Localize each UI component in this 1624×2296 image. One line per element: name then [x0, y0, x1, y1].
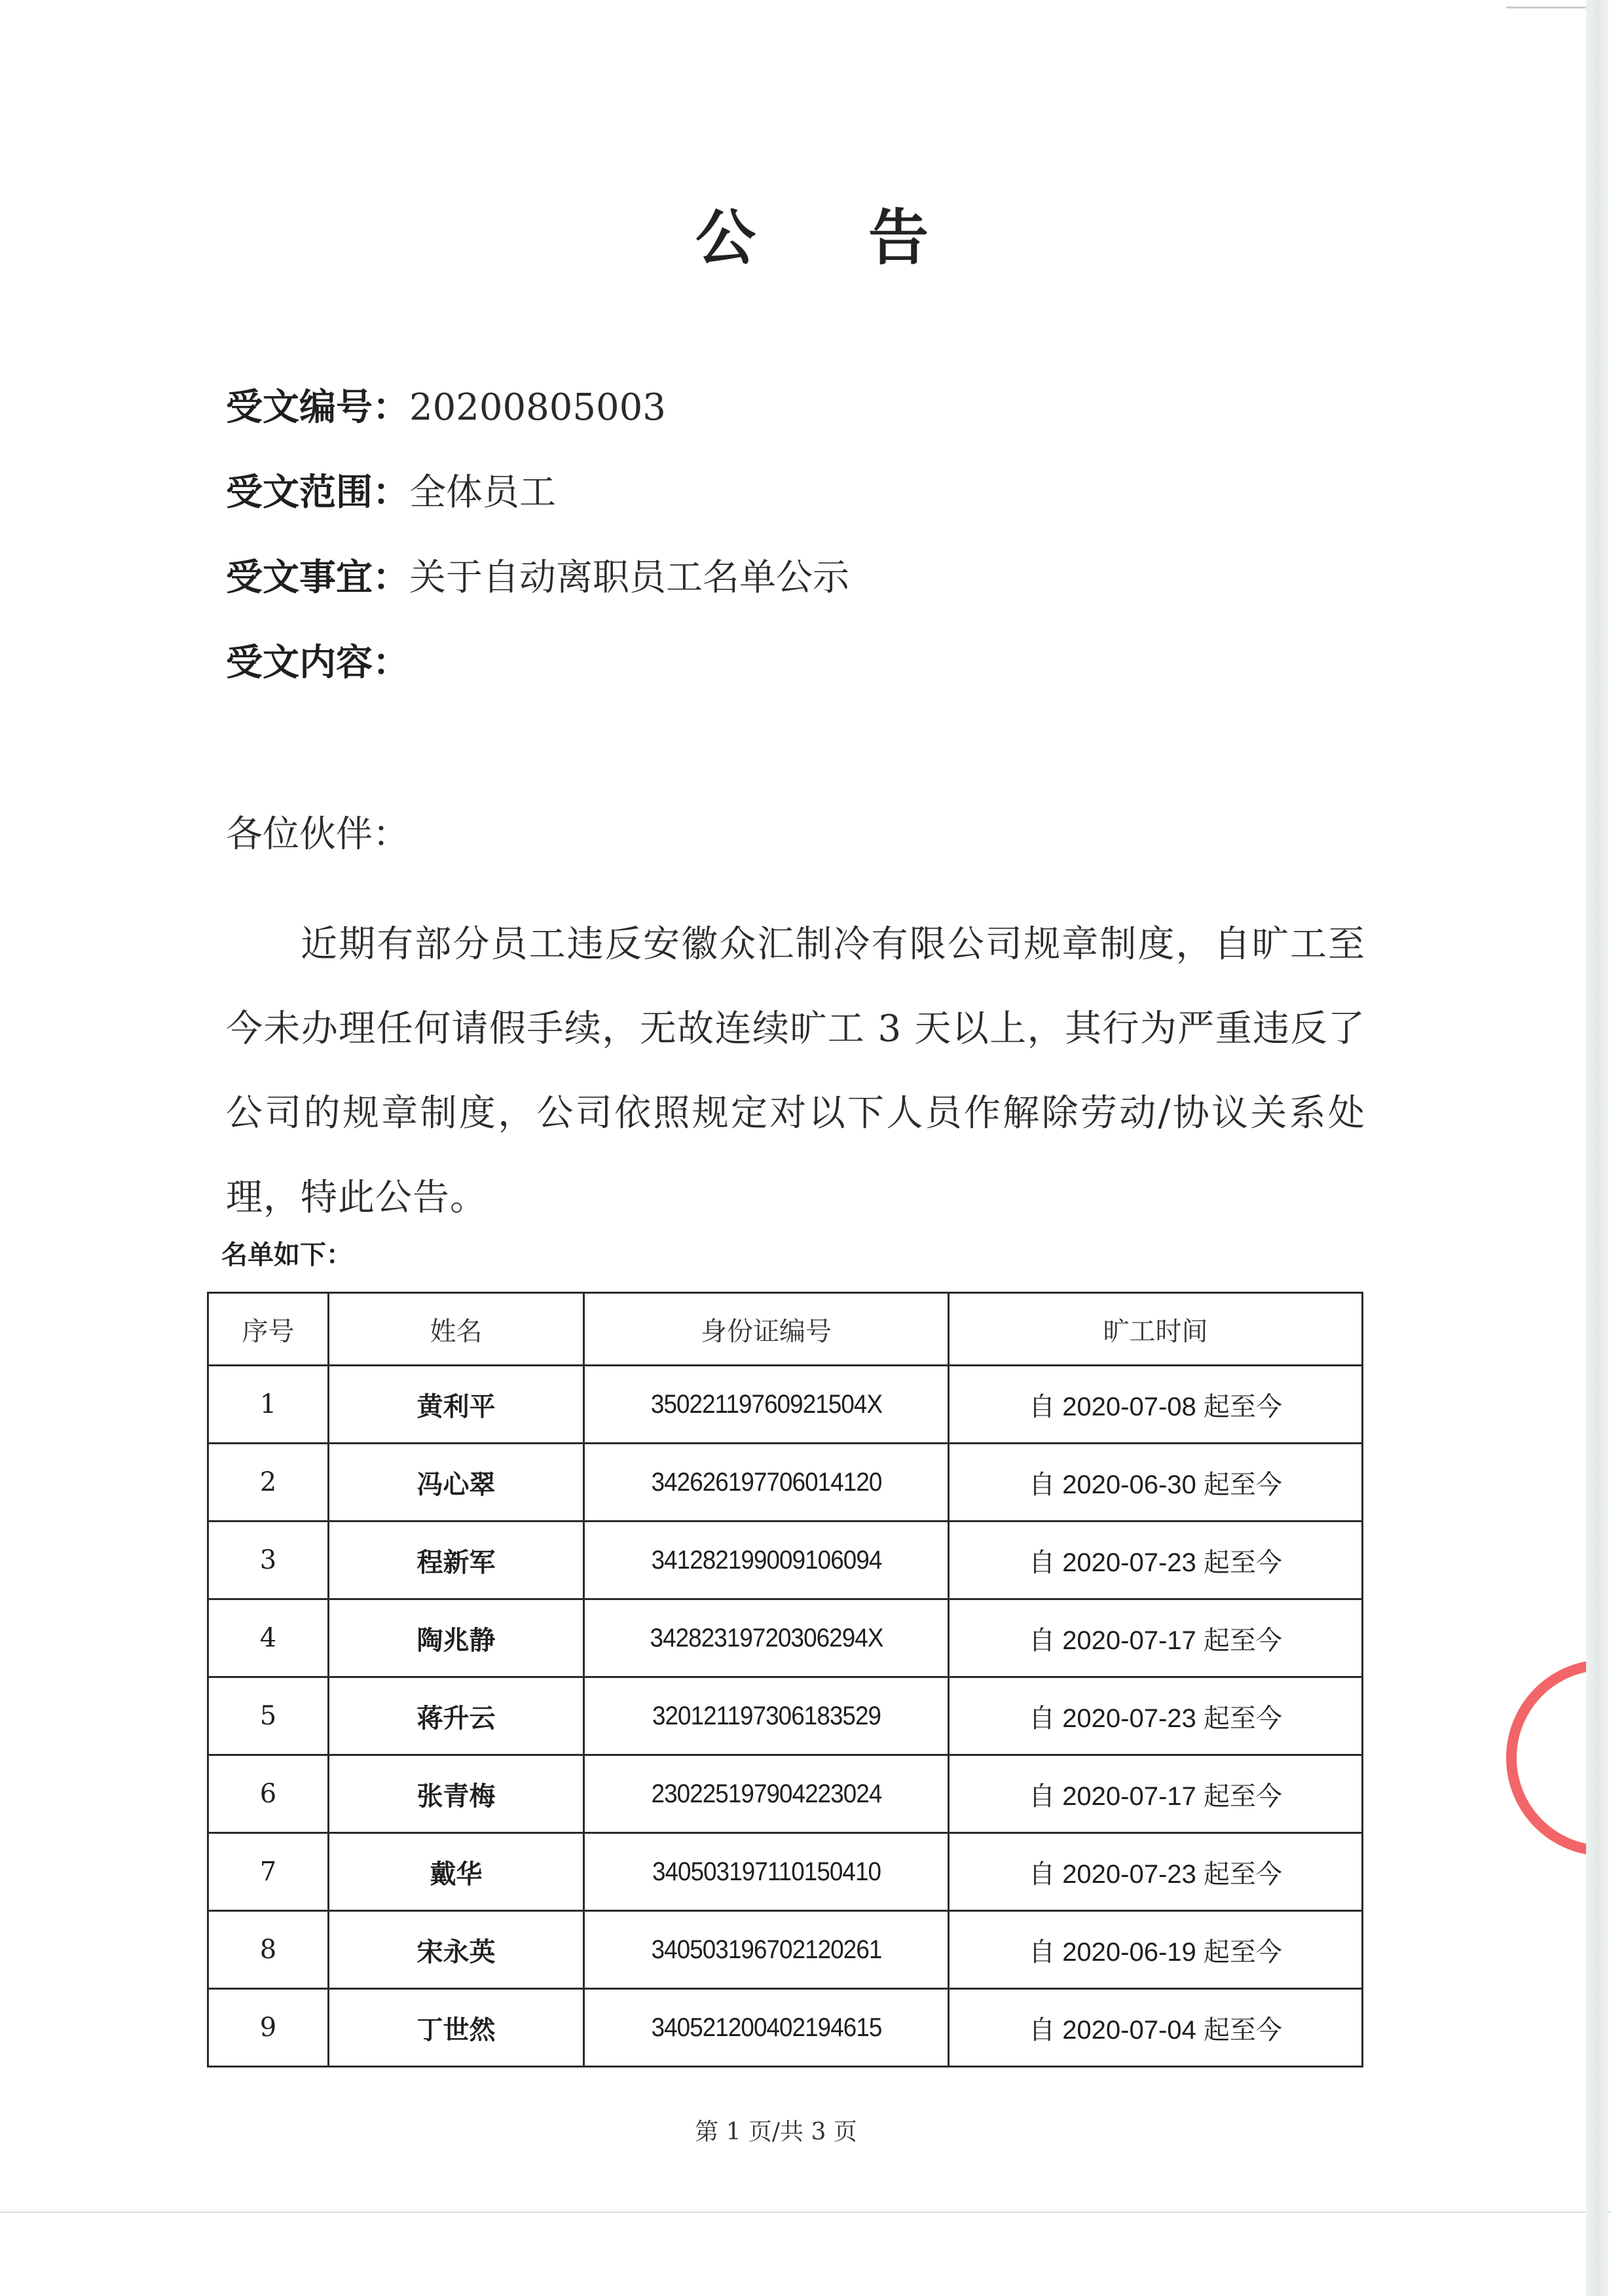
cell-name: 蒋升云 [329, 1677, 584, 1755]
cell-index: 9 [208, 1989, 329, 2067]
meta-subject: 受文事宜：关于自动离职员工名单公示 [226, 555, 849, 601]
cell-absence: 自 2020-07-23 起至今 [949, 1522, 1363, 1599]
cell-name: 张青梅 [329, 1755, 584, 1833]
meta-label: 受文编号： [226, 386, 409, 429]
table-row: 9 丁世然 340521200402194615 自 2020-07-04 起至… [208, 1989, 1363, 2067]
table-header-row: 序号 姓名 身份证编号 旷工时间 [208, 1293, 1363, 1366]
meta-label: 受文内容： [226, 642, 409, 684]
table-row: 1 黄利平 35022119760921504X 自 2020-07-08 起至… [208, 1366, 1363, 1444]
cell-index: 5 [208, 1677, 329, 1755]
table-row: 6 张青梅 230225197904223024 自 2020-07-17 起至… [208, 1755, 1363, 1833]
cell-index: 6 [208, 1755, 329, 1833]
employee-table: 序号 姓名 身份证编号 旷工时间 1 黄利平 35022119760921504… [207, 1292, 1363, 2068]
scan-edge-strip [1586, 0, 1608, 2296]
cell-absence: 自 2020-07-23 起至今 [949, 1833, 1363, 1911]
cell-name: 冯心翠 [329, 1444, 584, 1522]
table-row: 3 程新军 341282199009106094 自 2020-07-23 起至… [208, 1522, 1363, 1599]
cell-name: 黄利平 [329, 1366, 584, 1444]
table-row: 8 宋永英 340503196702120261 自 2020-06-19 起至… [208, 1911, 1363, 1989]
greeting: 各位伙伴： [226, 812, 409, 858]
cell-id-number: 342626197706014120 [599, 1444, 934, 1522]
table-row: 4 陶兆静 34282319720306294X 自 2020-07-17 起至… [208, 1599, 1363, 1677]
meta-value: 关于自动离职员工名单公示 [409, 556, 849, 599]
table-row: 7 戴华 340503197110150410 自 2020-07-23 起至今 [208, 1833, 1363, 1911]
cell-absence: 自 2020-07-08 起至今 [949, 1366, 1363, 1444]
cell-name: 丁世然 [329, 1989, 584, 2067]
cell-id-number: 230225197904223024 [599, 1755, 934, 1833]
scan-edge-bottom [0, 2212, 1611, 2213]
cell-id-number: 340503197110150410 [599, 1833, 934, 1911]
cell-index: 8 [208, 1911, 329, 1989]
meta-scope: 受文范围：全体员工 [226, 470, 556, 516]
cell-absence: 自 2020-06-19 起至今 [949, 1911, 1363, 1989]
meta-label: 受文事宜： [226, 556, 409, 599]
cell-absence: 自 2020-06-30 起至今 [949, 1444, 1363, 1522]
cell-id-number: 341282199009106094 [599, 1522, 934, 1599]
cell-index: 4 [208, 1599, 329, 1677]
header-index: 序号 [208, 1293, 329, 1366]
meta-value: 全体员工 [409, 471, 556, 514]
table-row: 2 冯心翠 342626197706014120 自 2020-06-30 起至… [208, 1444, 1363, 1522]
cell-absence: 自 2020-07-23 起至今 [949, 1677, 1363, 1755]
header-absence: 旷工时间 [949, 1293, 1363, 1366]
table-row: 5 蒋升云 320121197306183529 自 2020-07-23 起至… [208, 1677, 1363, 1755]
meta-label: 受文范围： [226, 471, 409, 514]
header-name: 姓名 [329, 1293, 584, 1366]
meta-content: 受文内容： [226, 640, 409, 686]
meta-value: 20200805003 [409, 386, 666, 429]
cell-id-number: 35022119760921504X [599, 1366, 934, 1444]
cell-id-number: 340503196702120261 [599, 1911, 934, 1989]
cell-absence: 自 2020-07-04 起至今 [949, 1989, 1363, 2067]
cell-name: 戴华 [329, 1833, 584, 1911]
cell-index: 7 [208, 1833, 329, 1911]
cell-absence: 自 2020-07-17 起至今 [949, 1599, 1363, 1677]
cell-name: 宋永英 [329, 1911, 584, 1989]
cell-index: 3 [208, 1522, 329, 1599]
page-footer: 第 1 页/共 3 页 [0, 2113, 1552, 2147]
cell-id-number: 320121197306183529 [599, 1677, 934, 1755]
cell-absence: 自 2020-07-17 起至今 [949, 1755, 1363, 1833]
cell-index: 2 [208, 1444, 329, 1522]
cell-id-number: 340521200402194615 [599, 1989, 934, 2067]
cell-id-number: 34282319720306294X [599, 1599, 934, 1677]
cell-name: 程新军 [329, 1522, 584, 1599]
cell-name: 陶兆静 [329, 1599, 584, 1677]
body-paragraph: 近期有部分员工违反安徽众汇制冷有限公司规章制度，自旷工至今未办理任何请假手续，无… [226, 902, 1365, 1240]
meta-doc-number: 受文编号：20200805003 [226, 385, 666, 431]
cell-index: 1 [208, 1366, 329, 1444]
page-title: 公 告 [0, 190, 1624, 276]
header-id-number: 身份证编号 [584, 1293, 949, 1366]
list-heading: 名单如下： [221, 1234, 352, 1271]
